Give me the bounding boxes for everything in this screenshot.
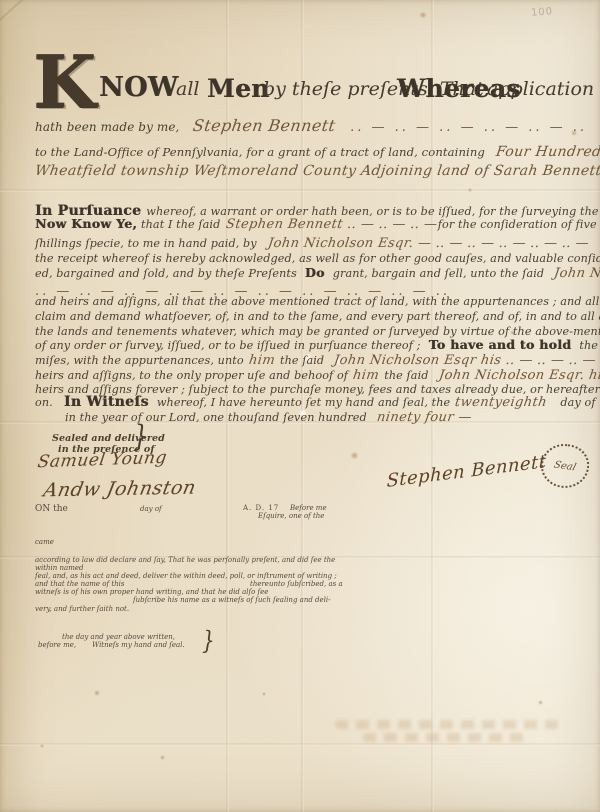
scanned-deed-document: 100 K NOW all Men by theſe preſents, Tha…: [0, 0, 600, 812]
ink-bleed-line: [335, 720, 565, 729]
ack-body-2: within named: [35, 564, 83, 572]
opening-word-men: Men: [207, 74, 270, 103]
stain-spot: [262, 692, 266, 696]
stain-spot: [538, 700, 543, 705]
stain-spot: [94, 690, 100, 696]
fold-crease-corner: [0, 0, 69, 33]
ink-bleed-ghost: [335, 720, 565, 746]
habendum-line-9: in the year of our Lord, one thouſand ſe…: [65, 406, 472, 425]
ack-body-3: ſeal, and, as his act and deed, deliver …: [35, 572, 337, 580]
ack-body-4b: thereunto ſubſcribed, as a: [250, 580, 343, 588]
printed-text: on.: [35, 396, 53, 409]
stain-spot: [350, 452, 359, 459]
ack-body-7: very, and further ſaith not.: [35, 605, 129, 613]
ack-esquire: Eſquire, one of the: [258, 512, 324, 520]
stain-spot: [40, 744, 44, 748]
printed-text: day of: [560, 396, 595, 409]
handwritten-location: Wheatfield township Weſtmoreland County …: [34, 164, 600, 178]
pursuance-line-5: ed, bargained and ſold, and by theſe Pre…: [35, 262, 600, 281]
ink-bleed-line: [363, 733, 524, 742]
handwritten-applicant-name: Stephen Bennett: [191, 118, 336, 134]
opening-word-now: NOW: [99, 72, 178, 103]
opening-word-application: application: [487, 80, 594, 99]
printed-text: hath been made by me,: [35, 120, 179, 134]
handwritten-grantee-name: John Nicholson Esqr.: [553, 267, 600, 280]
heading-do: Do: [305, 265, 325, 280]
ack-body-6: ſubſcribe his name as a witneſs of ſuch …: [133, 596, 331, 604]
drop-cap-initial: K: [33, 50, 94, 115]
printed-text: in the year of our Lord, one thouſand ſe…: [65, 411, 367, 424]
stain-spot: [468, 188, 472, 192]
handwritten-witness-2: Andw Johnston: [42, 479, 198, 501]
wax-seal: Seal: [538, 441, 592, 491]
printed-text: for the conſideration of five: [438, 219, 597, 231]
ack-closing-2a: before me,: [38, 641, 76, 649]
ack-on-the: ON the: [35, 504, 68, 514]
closing-brace: }: [202, 628, 215, 653]
ack-body-4a: and that the name of this: [35, 580, 124, 588]
heading-now-know-ye: Now Know Ye,: [35, 216, 137, 231]
ack-day-of: day of: [140, 505, 162, 513]
handwritten-year: ninety four —: [376, 411, 473, 424]
handwritten-signature: Stephen Bennett: [387, 453, 547, 491]
handwritten-acreage: Four Hundred Acres in: [495, 145, 600, 159]
handwritten-dashes: .. — .. — .. — .. — .. — ..: [350, 120, 587, 135]
pursuance-line-2: Now Know Ye, that I the ſaid Stephen Ben…: [35, 216, 567, 231]
ack-closing-1: the day and year above written,: [62, 633, 175, 641]
opening-word-all: all: [176, 80, 199, 99]
ack-ad-17: A. D. 17: [243, 504, 279, 512]
seal-label: Seal: [553, 459, 578, 473]
stain-spot: [160, 755, 165, 760]
printed-text: to the Land-Office of Pennſylvania, for …: [35, 145, 485, 159]
ack-closing-2b: Witneſs my hand and ſeal.: [92, 641, 185, 649]
ack-came: came: [35, 538, 54, 546]
witness-brace: }: [133, 421, 148, 451]
ack-before-me: Before me: [290, 504, 327, 512]
archival-number-note: 100: [531, 6, 554, 19]
printed-text: ed, bargained and ſold, and by theſe Pre…: [35, 267, 297, 280]
ack-body-1: according to law did declare and ſay, Th…: [35, 556, 335, 564]
grantor-signature: Stephen Bennett: [385, 452, 547, 490]
witness-signature-1: Samuel Young: [38, 450, 167, 469]
intro-line-applicant: hath been made by me, Stephen Bennett ..…: [35, 116, 587, 135]
intro-line-landoffice: to the Land-Office of Pennſylvania, for …: [35, 141, 600, 160]
ack-body-5: witneſs is of his own proper hand writin…: [35, 588, 268, 596]
fold-crease-horizontal-1: [0, 189, 600, 192]
handwritten-grantor-name: Stephen Bennett .. — .. — .. —: [225, 218, 438, 231]
printed-text: that I the ſaid: [141, 219, 220, 231]
intro-line-location: Wheatfield township Weſtmoreland County …: [35, 160, 600, 179]
printed-text: grant, bargain and ſell, unto the ſaid: [333, 267, 544, 280]
stain-spot: [419, 12, 427, 18]
witness-signature-2: Andw Johnston: [44, 480, 196, 499]
handwritten-witness-1: Samuel Young: [36, 450, 168, 471]
